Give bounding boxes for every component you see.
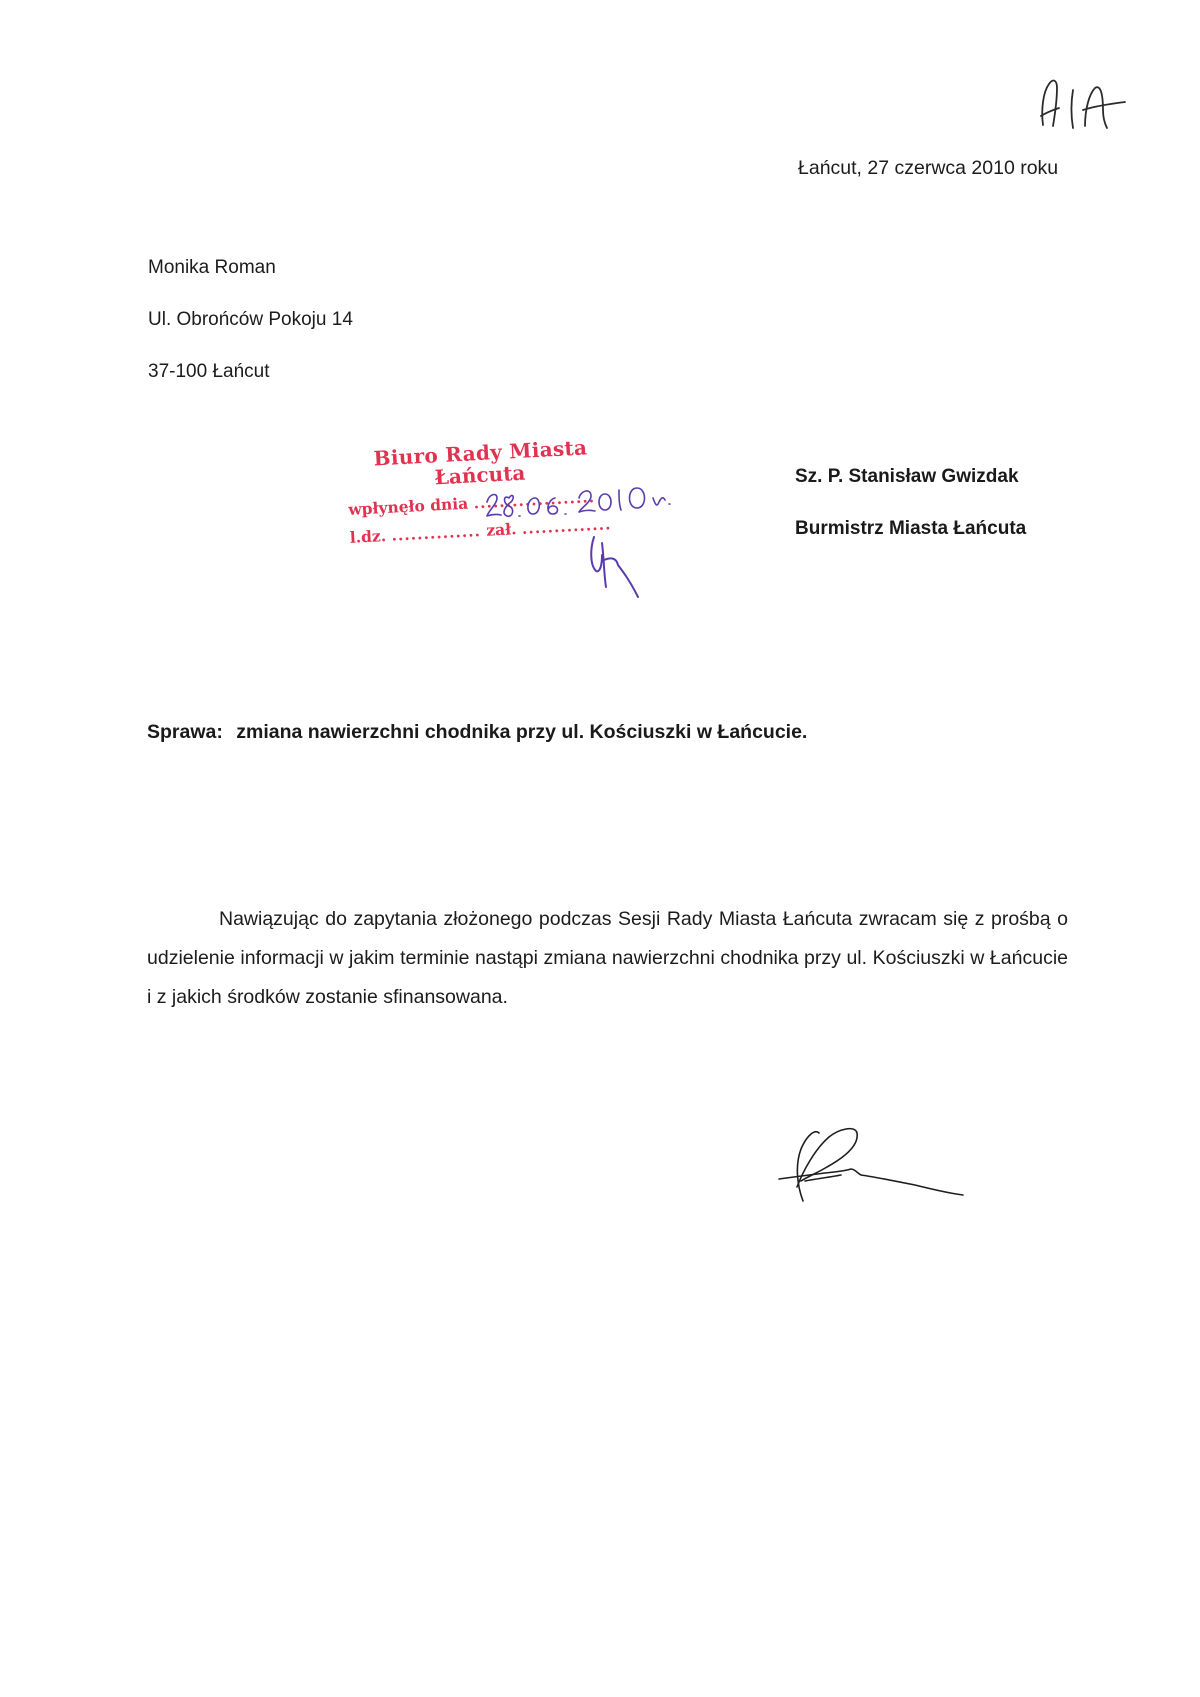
letter-date: Łańcut, 27 czerwca 2010 roku xyxy=(798,157,1058,180)
handwritten-initials xyxy=(588,535,658,605)
subject-text: zmiana nawierzchni chodnika przy ul. Koś… xyxy=(236,721,807,743)
signature xyxy=(775,1115,965,1210)
letter-page: Łańcut, 27 czerwca 2010 roku Monika Roma… xyxy=(0,0,1200,1697)
sender-city: 37-100 Łańcut xyxy=(148,361,270,383)
stamp-received-label: wpłynęło dnia xyxy=(348,494,469,519)
subject-line: Sprawa: zmiana nawierzchni chodnika przy… xyxy=(147,721,807,744)
addressee-title: Burmistrz Miasta Łańcuta xyxy=(795,518,1026,540)
body-paragraph: Nawiązując do zapytania złożonego podcza… xyxy=(147,900,1068,1017)
addressee-name: Sz. P. Stanisław Gwizdak xyxy=(795,466,1019,488)
stamp-register-dots: .............. xyxy=(391,521,481,545)
subject-label: Sprawa: xyxy=(147,721,223,743)
handwritten-received-date xyxy=(483,478,678,524)
handwritten-aia-mark xyxy=(1035,70,1135,130)
stamp-register-label: l.dz. xyxy=(349,526,386,547)
sender-name: Monika Roman xyxy=(148,257,276,279)
sender-street: Ul. Obrońców Pokoju 14 xyxy=(148,309,353,331)
